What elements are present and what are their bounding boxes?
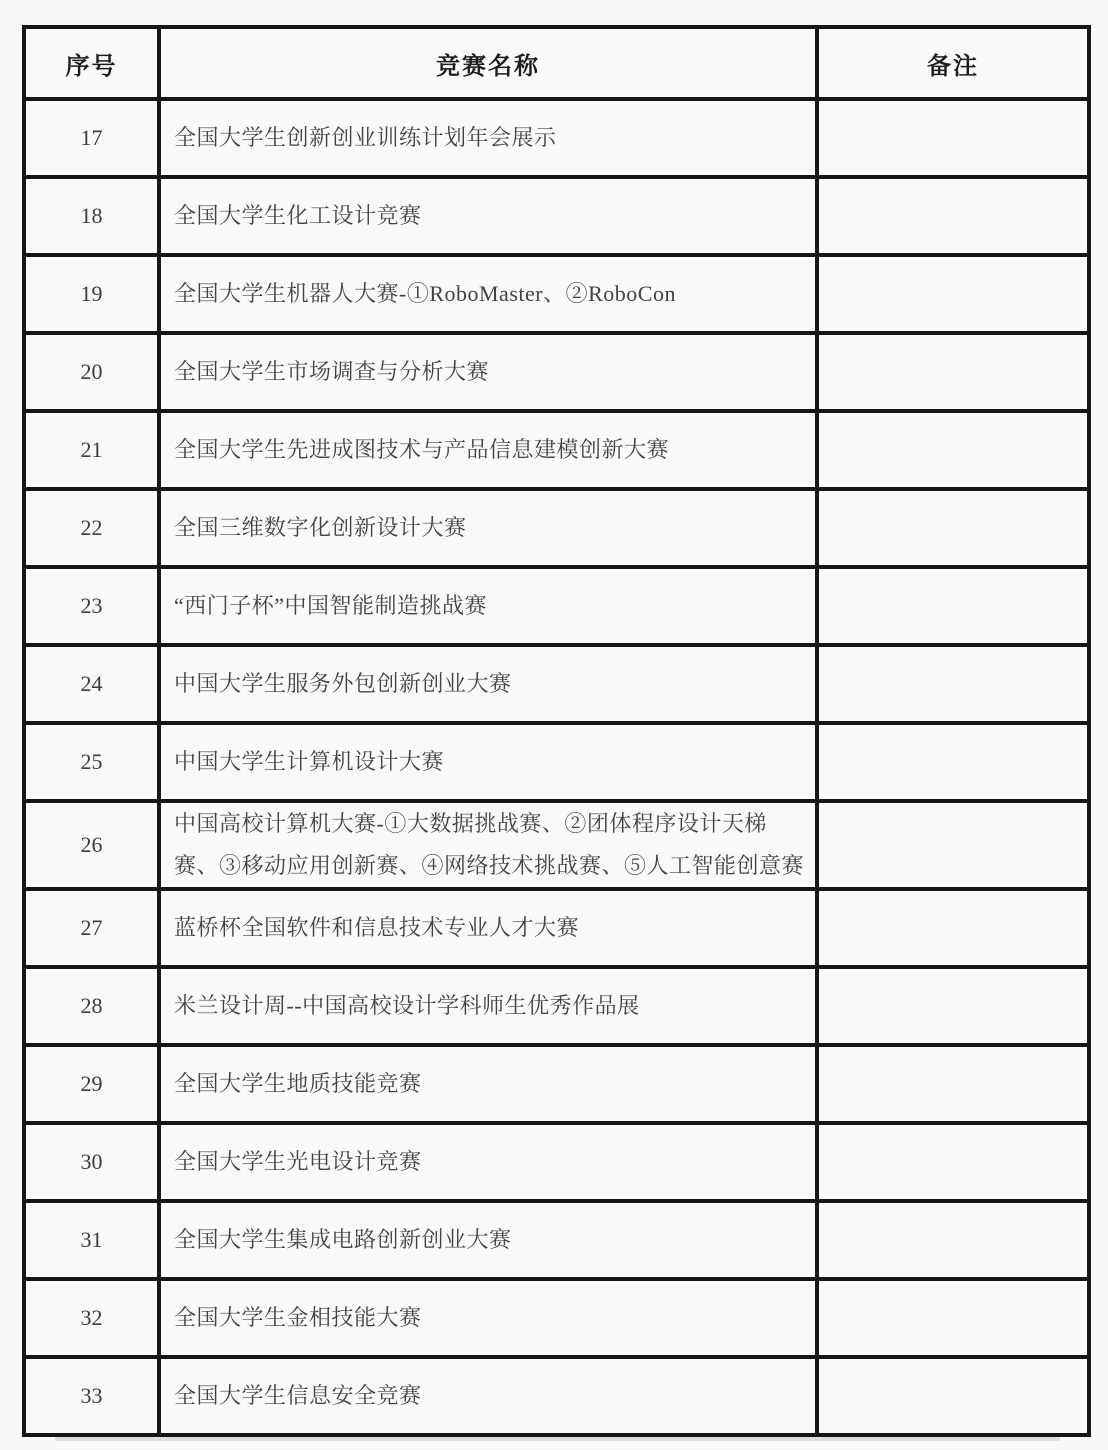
competition-name-cell: 全国大学生先进成图技术与产品信息建模创新大赛	[159, 411, 817, 489]
table-row: 28 米兰设计周--中国高校设计学科师生优秀作品展	[24, 967, 1089, 1045]
remark-cell	[817, 1279, 1089, 1357]
row-number-cell: 27	[24, 889, 159, 967]
row-number-cell: 28	[24, 967, 159, 1045]
header-cell-remark: 备注	[817, 27, 1089, 99]
remark-cell	[817, 889, 1089, 967]
remark-cell	[817, 723, 1089, 801]
table-bottom-shadow	[55, 1437, 1060, 1441]
competition-name-cell: 全国大学生集成电路创新创业大赛	[159, 1201, 817, 1279]
table-row: 26 中国高校计算机大赛-①大数据挑战赛、②团体程序设计天梯赛、③移动应用创新赛…	[24, 801, 1089, 889]
header-row: 序号 竞赛名称 备注	[24, 27, 1089, 99]
row-number-cell: 33	[24, 1357, 159, 1435]
row-number-cell: 24	[24, 645, 159, 723]
row-number-cell: 29	[24, 1045, 159, 1123]
table-row: 31 全国大学生集成电路创新创业大赛	[24, 1201, 1089, 1279]
table-row: 21 全国大学生先进成图技术与产品信息建模创新大赛	[24, 411, 1089, 489]
competition-name-cell: 蓝桥杯全国软件和信息技术专业人才大赛	[159, 889, 817, 967]
competition-name-cell: 全国大学生机器人大赛-①RoboMaster、②RoboCon	[159, 255, 817, 333]
competition-name-cell: 全国大学生化工设计竞赛	[159, 177, 817, 255]
competition-name-cell: 全国大学生创新创业训练计划年会展示	[159, 99, 817, 177]
table-row: 32 全国大学生金相技能大赛	[24, 1279, 1089, 1357]
remark-cell	[817, 99, 1089, 177]
row-number-cell: 30	[24, 1123, 159, 1201]
remark-cell	[817, 567, 1089, 645]
row-number-cell: 26	[24, 801, 159, 889]
competition-name-cell: 中国高校计算机大赛-①大数据挑战赛、②团体程序设计天梯赛、③移动应用创新赛、④网…	[159, 801, 817, 889]
header-cell-competition-name: 竞赛名称	[159, 27, 817, 99]
table-row: 27 蓝桥杯全国软件和信息技术专业人才大赛	[24, 889, 1089, 967]
row-number-cell: 20	[24, 333, 159, 411]
row-number-cell: 22	[24, 489, 159, 567]
table-row: 25 中国大学生计算机设计大赛	[24, 723, 1089, 801]
table-row: 33 全国大学生信息安全竞赛	[24, 1357, 1089, 1435]
table-row: 24 中国大学生服务外包创新创业大赛	[24, 645, 1089, 723]
table-row: 20 全国大学生市场调查与分析大赛	[24, 333, 1089, 411]
table-row: 19 全国大学生机器人大赛-①RoboMaster、②RoboCon	[24, 255, 1089, 333]
table-row: 17 全国大学生创新创业训练计划年会展示	[24, 99, 1089, 177]
remark-cell	[817, 489, 1089, 567]
competition-name-cell: 全国大学生信息安全竞赛	[159, 1357, 817, 1435]
competition-name-cell: 全国三维数字化创新设计大赛	[159, 489, 817, 567]
remark-cell	[817, 645, 1089, 723]
competition-table: 序号 竞赛名称 备注 17 全国大学生创新创业训练计划年会展示 18 全国大学生…	[22, 25, 1091, 1437]
row-number-cell: 32	[24, 1279, 159, 1357]
row-number-cell: 18	[24, 177, 159, 255]
row-number-cell: 17	[24, 99, 159, 177]
table-row: 18 全国大学生化工设计竞赛	[24, 177, 1089, 255]
competition-list-page: 序号 竞赛名称 备注 17 全国大学生创新创业训练计划年会展示 18 全国大学生…	[0, 0, 1108, 1450]
table-row: 23 “西门子杯”中国智能制造挑战赛	[24, 567, 1089, 645]
table-body: 17 全国大学生创新创业训练计划年会展示 18 全国大学生化工设计竞赛 19 全…	[24, 99, 1089, 1435]
remark-cell	[817, 801, 1089, 889]
row-number-cell: 19	[24, 255, 159, 333]
competition-name-cell: 全国大学生地质技能竞赛	[159, 1045, 817, 1123]
remark-cell	[817, 967, 1089, 1045]
remark-cell	[817, 255, 1089, 333]
competition-name-cell: 中国大学生服务外包创新创业大赛	[159, 645, 817, 723]
table-header: 序号 竞赛名称 备注	[24, 27, 1089, 99]
competition-name-cell: 全国大学生市场调查与分析大赛	[159, 333, 817, 411]
header-cell-number: 序号	[24, 27, 159, 99]
remark-cell	[817, 333, 1089, 411]
remark-cell	[817, 1045, 1089, 1123]
table-row: 30 全国大学生光电设计竞赛	[24, 1123, 1089, 1201]
competition-name-cell: 全国大学生金相技能大赛	[159, 1279, 817, 1357]
row-number-cell: 31	[24, 1201, 159, 1279]
competition-name-cell: “西门子杯”中国智能制造挑战赛	[159, 567, 817, 645]
remark-cell	[817, 411, 1089, 489]
competition-name-cell: 中国大学生计算机设计大赛	[159, 723, 817, 801]
remark-cell	[817, 1357, 1089, 1435]
row-number-cell: 23	[24, 567, 159, 645]
competition-name-cell: 全国大学生光电设计竞赛	[159, 1123, 817, 1201]
remark-cell	[817, 1123, 1089, 1201]
remark-cell	[817, 177, 1089, 255]
table-row: 29 全国大学生地质技能竞赛	[24, 1045, 1089, 1123]
row-number-cell: 21	[24, 411, 159, 489]
competition-name-cell: 米兰设计周--中国高校设计学科师生优秀作品展	[159, 967, 817, 1045]
table-row: 22 全国三维数字化创新设计大赛	[24, 489, 1089, 567]
row-number-cell: 25	[24, 723, 159, 801]
remark-cell	[817, 1201, 1089, 1279]
